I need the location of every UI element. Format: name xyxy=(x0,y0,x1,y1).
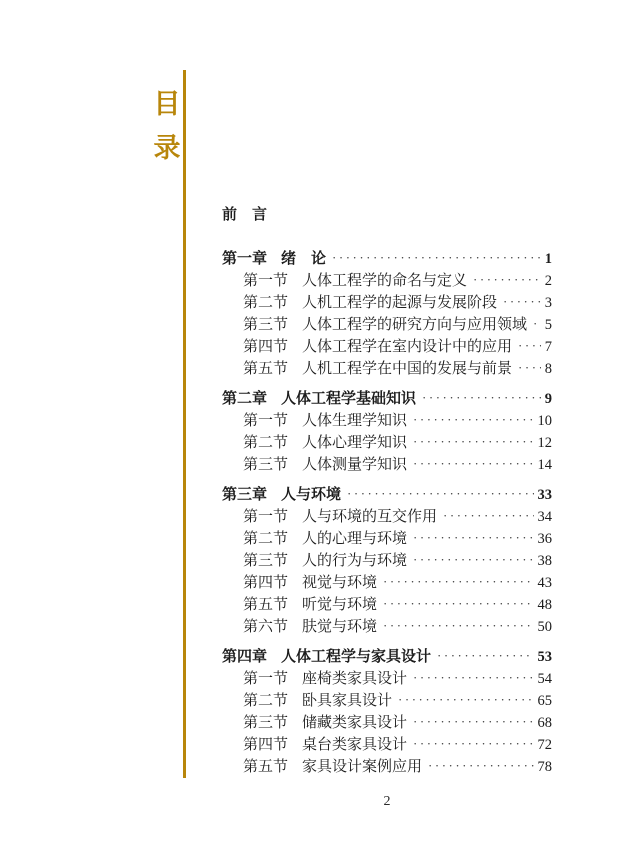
chapter-page-number: 53 xyxy=(538,646,553,668)
toc-section-row: 第二节 卧具家具设计 65 xyxy=(222,690,552,712)
section-number: 第四节 xyxy=(243,572,288,594)
section-title: 人体工程学在室内设计中的应用 xyxy=(302,336,512,358)
toc-content: 前 言 第一章 绪 论 1 第一节 人体工程学的命名与定义 2 第二节 人机工程… xyxy=(222,204,552,778)
chapter-title: 人体工程学与家具设计 xyxy=(281,646,431,668)
section-page-number: 2 xyxy=(545,270,552,292)
toc-section-row: 第二节 人的心理与环境 36 xyxy=(222,528,552,550)
section-number: 第五节 xyxy=(243,358,288,380)
chapter-number: 第三章 xyxy=(222,484,267,506)
chapter-number: 第四章 xyxy=(222,646,267,668)
section-number: 第一节 xyxy=(243,270,288,292)
dot-leader xyxy=(413,711,533,733)
section-title: 人的心理与环境 xyxy=(302,528,407,550)
toc-section-row: 第五节 人机工程学在中国的发展与前景 8 xyxy=(222,358,552,380)
chapter-page-number: 1 xyxy=(545,248,552,270)
toc-section-row: 第三节 人的行为与环境 38 xyxy=(222,550,552,572)
dot-leader xyxy=(473,269,541,291)
chapter-number: 第一章 xyxy=(222,248,267,270)
section-number: 第六节 xyxy=(243,616,288,638)
chapter-title: 绪 论 xyxy=(281,248,326,270)
dot-leader xyxy=(428,755,533,777)
toc-section-row: 第一节 人与环境的互交作用 34 xyxy=(222,506,552,528)
section-title: 听觉与环境 xyxy=(302,594,377,616)
toc-title-char-2: 录 xyxy=(154,135,181,162)
preface-label: 前 言 xyxy=(222,204,267,226)
section-title: 人的行为与环境 xyxy=(302,550,407,572)
toc-chapter-row: 第四章 人体工程学与家具设计 53 xyxy=(222,646,552,668)
section-title: 视觉与环境 xyxy=(302,572,377,594)
section-title: 桌台类家具设计 xyxy=(302,734,407,756)
dot-leader xyxy=(413,733,533,755)
toc-section-row: 第四节 人体工程学在室内设计中的应用 7 xyxy=(222,336,552,358)
dot-leader xyxy=(332,247,541,269)
section-number: 第二节 xyxy=(243,432,288,454)
section-page-number: 38 xyxy=(538,550,553,572)
section-number: 第四节 xyxy=(243,734,288,756)
section-number: 第二节 xyxy=(243,292,288,314)
dot-leader xyxy=(383,615,533,637)
section-number: 第五节 xyxy=(243,756,288,778)
section-page-number: 72 xyxy=(538,734,553,756)
chapter-title: 人与环境 xyxy=(281,484,341,506)
dot-leader xyxy=(518,335,541,357)
section-page-number: 7 xyxy=(545,336,552,358)
section-number: 第三节 xyxy=(243,314,288,336)
section-title: 人体心理学知识 xyxy=(302,432,407,454)
section-page-number: 3 xyxy=(545,292,552,314)
toc-section-row: 第三节 人体工程学的研究方向与应用领域 5 xyxy=(222,314,552,336)
section-number: 第二节 xyxy=(243,690,288,712)
dot-leader xyxy=(413,409,533,431)
section-page-number: 8 xyxy=(545,358,552,380)
section-page-number: 68 xyxy=(538,712,553,734)
dot-leader xyxy=(398,689,533,711)
chapter-page-number: 33 xyxy=(538,484,553,506)
chapter-title: 人体工程学基础知识 xyxy=(281,388,416,410)
section-page-number: 34 xyxy=(538,506,553,528)
section-number: 第三节 xyxy=(243,454,288,476)
dot-leader xyxy=(503,291,541,313)
section-page-number: 54 xyxy=(538,668,553,690)
section-number: 第三节 xyxy=(243,550,288,572)
section-number: 第五节 xyxy=(243,594,288,616)
dot-leader xyxy=(413,667,533,689)
toc-title-char-1: 目 xyxy=(154,91,181,118)
section-page-number: 10 xyxy=(538,410,553,432)
toc-section-row: 第一节 座椅类家具设计 54 xyxy=(222,668,552,690)
section-title: 家具设计案例应用 xyxy=(302,756,422,778)
dot-leader xyxy=(437,645,533,667)
section-title: 人机工程学在中国的发展与前景 xyxy=(302,358,512,380)
section-title: 卧具家具设计 xyxy=(302,690,392,712)
dot-leader xyxy=(347,483,533,505)
section-page-number: 14 xyxy=(538,454,553,476)
section-number: 第一节 xyxy=(243,410,288,432)
dot-leader xyxy=(383,571,533,593)
section-number: 第一节 xyxy=(243,668,288,690)
dot-leader xyxy=(443,505,533,527)
toc-chapter-row: 第三章 人与环境 33 xyxy=(222,484,552,506)
toc-section-row: 第一节 人体生理学知识 10 xyxy=(222,410,552,432)
toc-section-row: 第一节 人体工程学的命名与定义 2 xyxy=(222,270,552,292)
section-page-number: 5 xyxy=(545,314,552,336)
toc-section-row: 第四节 视觉与环境 43 xyxy=(222,572,552,594)
section-page-number: 78 xyxy=(538,756,553,778)
section-page-number: 36 xyxy=(538,528,553,550)
book-toc-page: 目 录 前 言 第一章 绪 论 1 第一节 人体工程学的命名与定义 2 第二节 … xyxy=(0,0,631,849)
dot-leader xyxy=(413,431,533,453)
toc-section-row: 第二节 人体心理学知识 12 xyxy=(222,432,552,454)
chapter-group-1: 第一章 绪 论 1 第一节 人体工程学的命名与定义 2 第二节 人机工程学的起源… xyxy=(222,248,552,380)
toc-section-row: 第三节 储藏类家具设计 68 xyxy=(222,712,552,734)
section-number: 第二节 xyxy=(243,528,288,550)
toc-section-row: 第四节 桌台类家具设计 72 xyxy=(222,734,552,756)
section-number: 第四节 xyxy=(243,336,288,358)
section-title: 人体测量学知识 xyxy=(302,454,407,476)
toc-chapter-row: 第二章 人体工程学基础知识 9 xyxy=(222,388,552,410)
section-page-number: 48 xyxy=(538,594,553,616)
section-page-number: 43 xyxy=(538,572,553,594)
toc-section-row: 第六节 肤觉与环境 50 xyxy=(222,616,552,638)
section-page-number: 50 xyxy=(538,616,553,638)
section-number: 第一节 xyxy=(243,506,288,528)
chapter-number: 第二章 xyxy=(222,388,267,410)
toc-section-row: 第三节 人体测量学知识 14 xyxy=(222,454,552,476)
dot-leader xyxy=(518,357,541,379)
dot-leader xyxy=(533,313,541,335)
section-title: 座椅类家具设计 xyxy=(302,668,407,690)
dot-leader xyxy=(422,387,541,409)
toc-section-row: 第五节 家具设计案例应用 78 xyxy=(222,756,552,778)
dot-leader xyxy=(413,527,533,549)
section-page-number: 65 xyxy=(538,690,553,712)
dot-leader xyxy=(413,549,533,571)
section-title: 人体生理学知识 xyxy=(302,410,407,432)
section-title: 肤觉与环境 xyxy=(302,616,377,638)
section-title: 人机工程学的起源与发展阶段 xyxy=(302,292,497,314)
preface-entry: 前 言 xyxy=(222,204,552,226)
section-title: 储藏类家具设计 xyxy=(302,712,407,734)
chapter-group-2: 第二章 人体工程学基础知识 9 第一节 人体生理学知识 10 第二节 人体心理学… xyxy=(222,388,552,476)
dot-leader xyxy=(413,453,533,475)
dot-leader xyxy=(383,593,533,615)
accent-vertical-rule xyxy=(183,70,186,778)
footer-page-number: 2 xyxy=(222,794,552,810)
section-number: 第三节 xyxy=(243,712,288,734)
toc-chapter-row: 第一章 绪 论 1 xyxy=(222,248,552,270)
toc-page-title: 目 录 xyxy=(151,91,183,162)
section-page-number: 12 xyxy=(538,432,553,454)
section-title: 人体工程学的研究方向与应用领域 xyxy=(302,314,527,336)
section-title: 人体工程学的命名与定义 xyxy=(302,270,467,292)
toc-section-row: 第五节 听觉与环境 48 xyxy=(222,594,552,616)
chapter-page-number: 9 xyxy=(545,388,552,410)
chapter-group-4: 第四章 人体工程学与家具设计 53 第一节 座椅类家具设计 54 第二节 卧具家… xyxy=(222,646,552,778)
chapter-group-3: 第三章 人与环境 33 第一节 人与环境的互交作用 34 第二节 人的心理与环境… xyxy=(222,484,552,638)
toc-section-row: 第二节 人机工程学的起源与发展阶段 3 xyxy=(222,292,552,314)
section-title: 人与环境的互交作用 xyxy=(302,506,437,528)
